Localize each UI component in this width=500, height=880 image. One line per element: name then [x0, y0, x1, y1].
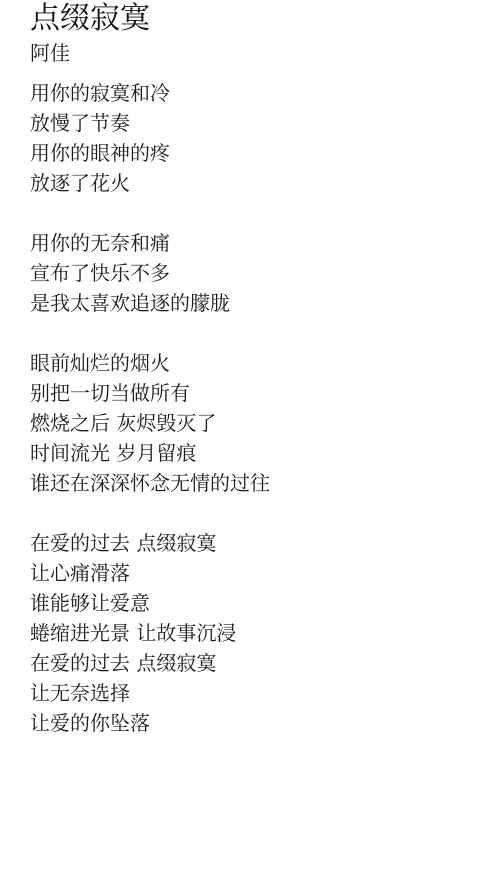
lyric-line: 用你的寂寞和冷 — [30, 78, 500, 108]
stanza: 用你的寂寞和冷 放慢了节奏 用你的眼神的疼 放逐了花火 — [30, 78, 500, 198]
lyric-line: 眼前灿烂的烟火 — [30, 348, 500, 378]
stanza: 用你的无奈和痛 宣布了快乐不多 是我太喜欢追逐的朦胧 — [30, 228, 500, 318]
lyric-line: 燃烧之后 灰烬毁灭了 — [30, 408, 500, 438]
lyric-line: 蜷缩进光景 让故事沉浸 — [30, 618, 500, 648]
song-title: 点缀寂寞 — [30, 0, 500, 38]
lyric-line: 放逐了花火 — [30, 168, 500, 198]
lyric-line: 让无奈选择 — [30, 678, 500, 708]
lyric-line: 用你的无奈和痛 — [30, 228, 500, 258]
lyric-line: 别把一切当做所有 — [30, 378, 500, 408]
lyric-line: 让心痛滑落 — [30, 558, 500, 588]
lyric-line: 宣布了快乐不多 — [30, 258, 500, 288]
lyric-line: 放慢了节奏 — [30, 108, 500, 138]
lyric-line: 用你的眼神的疼 — [30, 138, 500, 168]
stanza: 眼前灿烂的烟火 别把一切当做所有 燃烧之后 灰烬毁灭了 时间流光 岁月留痕 谁还… — [30, 348, 500, 498]
lyric-line: 时间流光 岁月留痕 — [30, 438, 500, 468]
lyrics-body: 用你的寂寞和冷 放慢了节奏 用你的眼神的疼 放逐了花火 用你的无奈和痛 宣布了快… — [30, 78, 500, 738]
lyric-line: 在爱的过去 点缀寂寞 — [30, 648, 500, 678]
lyric-line: 在爱的过去 点缀寂寞 — [30, 528, 500, 558]
lyric-line: 谁还在深深怀念无情的过往 — [30, 468, 500, 498]
lyric-line: 谁能够让爱意 — [30, 588, 500, 618]
artist-name: 阿佳 — [30, 38, 500, 68]
lyric-line: 让爱的你坠落 — [30, 708, 500, 738]
lyrics-page: 点缀寂寞 阿佳 用你的寂寞和冷 放慢了节奏 用你的眼神的疼 放逐了花火 用你的无… — [30, 0, 500, 768]
stanza: 在爱的过去 点缀寂寞 让心痛滑落 谁能够让爱意 蜷缩进光景 让故事沉浸 在爱的过… — [30, 528, 500, 738]
lyric-line: 是我太喜欢追逐的朦胧 — [30, 288, 500, 318]
